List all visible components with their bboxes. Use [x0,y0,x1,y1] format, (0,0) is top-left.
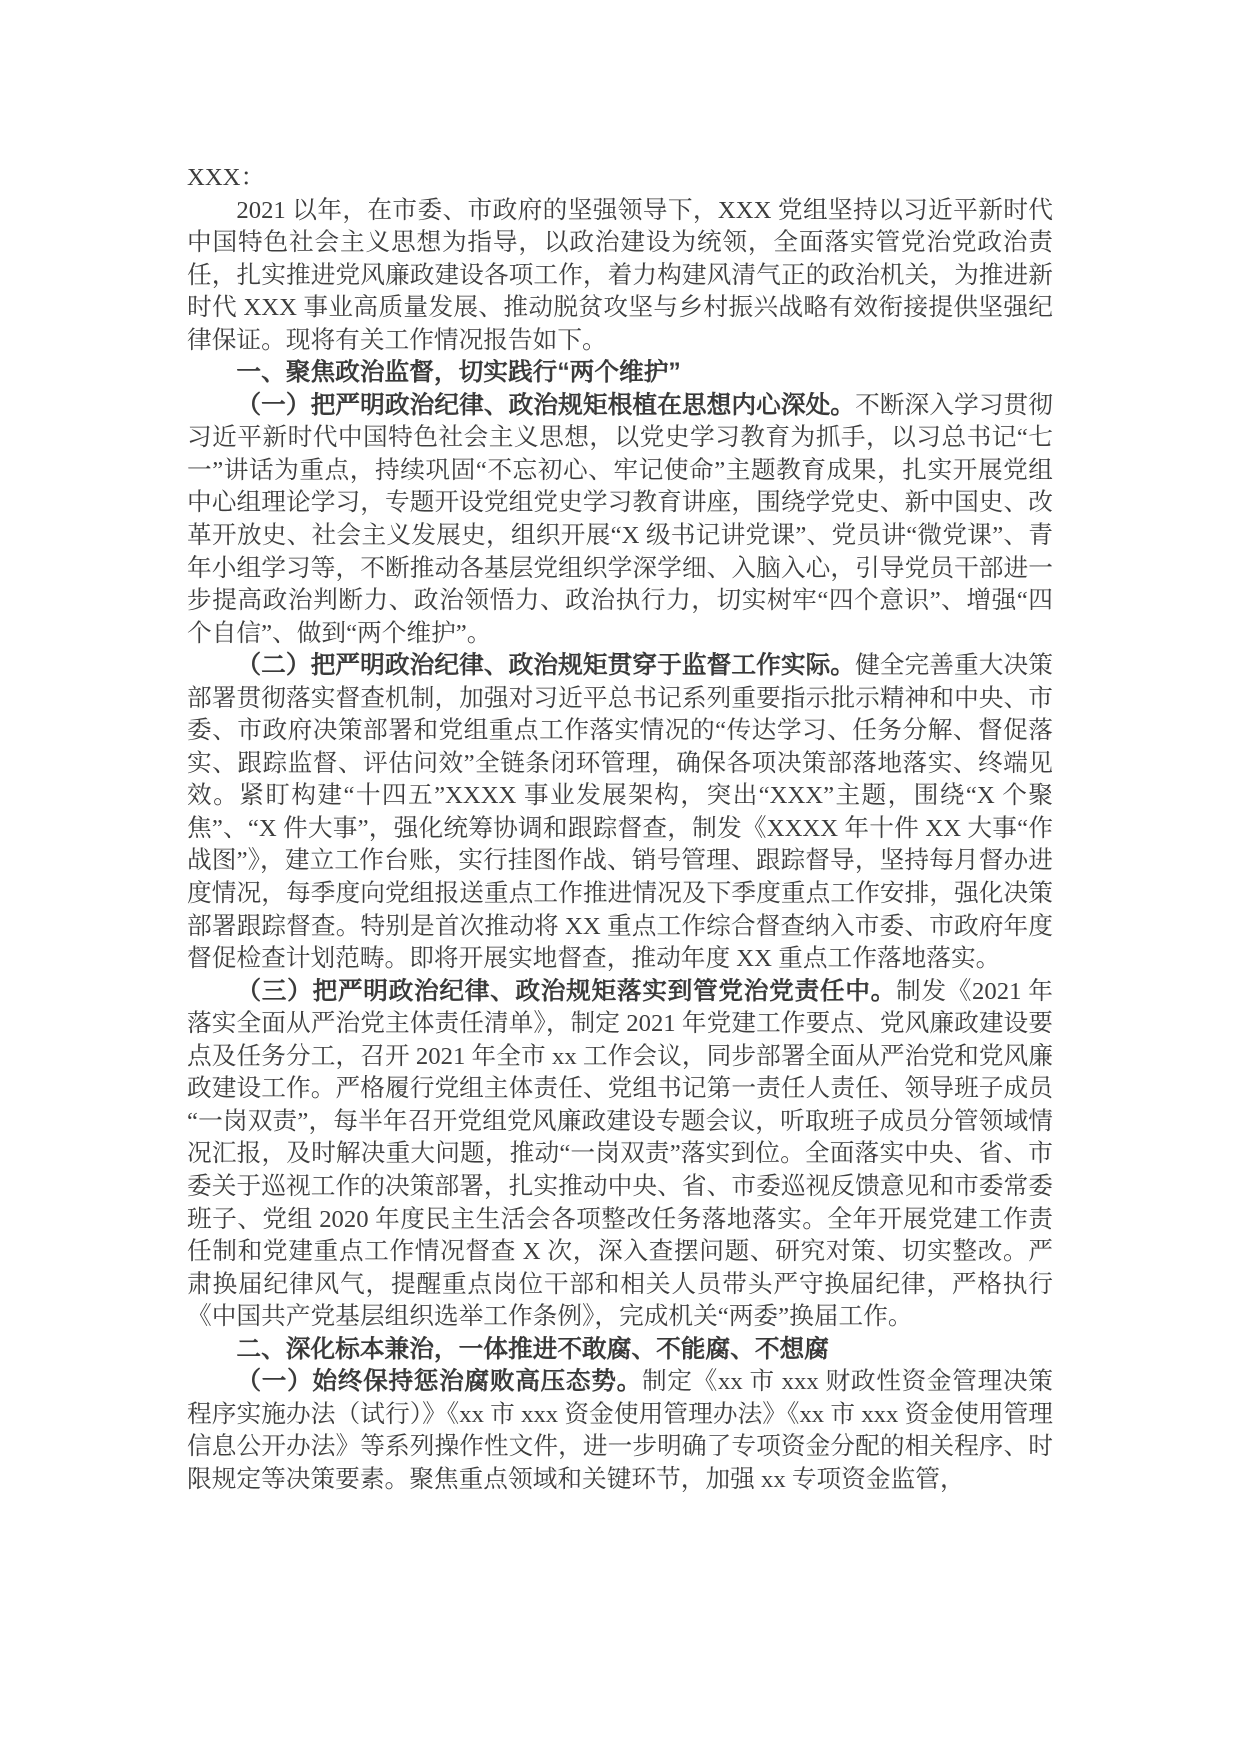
document-page: XXX： 2021 以年，在市委、市政府的坚强领导下，XXX 党组坚持以习近平新… [0,0,1240,1754]
section-2-heading: 二、深化标本兼治，一体推进不敢腐、不能腐、不想腐 [187,1334,1053,1367]
salutation-line: XXX： [187,162,1053,195]
intro-paragraph: 2021 以年，在市委、市政府的坚强领导下，XXX 党组坚持以习近平新时代中国特… [187,195,1053,358]
section-1-item-3: （三）把严明政治纪律、政治规矩落实到管党治党责任中。制发《2021 年落实全面从… [187,976,1053,1334]
section-1-heading: 一、聚焦政治监督，切实践行“两个维护” [187,357,1053,390]
section-1-item-1-body: 不断深入学习贯彻习近平新时代中国特色社会主义思想，以党史学习教育为抓手，以习总书… [187,392,1053,647]
section-2-item-1-lead: （一）始终保持惩治腐败高压态势。 [236,1368,642,1395]
section-1-item-1: （一）把严明政治纪律、政治规矩根植在思想内心深处。不断深入学习贯彻习近平新时代中… [187,390,1053,650]
section-1-item-3-lead: （三）把严明政治纪律、政治规矩落实到管党治党责任中。 [236,978,896,1005]
section-2-item-1: （一）始终保持惩治腐败高压态势。制定《xx 市 xxx 财政性资金管理决策程序实… [187,1366,1053,1496]
section-1-item-3-body: 制发《2021 年落实全面从严治党主体责任清单》，制定 2021 年党建工作要点… [187,978,1053,1330]
section-1-item-2-lead: （二）把严明政治纪律、政治规矩贯穿于监督工作实际。 [236,652,855,679]
section-1-item-2-body: 健全完善重大决策部署贯彻落实督查机制，加强对习近平总书记系列重要指示批示精神和中… [187,652,1053,972]
document-body: XXX： 2021 以年，在市委、市政府的坚强领导下，XXX 党组坚持以习近平新… [187,162,1053,1496]
section-1-item-2: （二）把严明政治纪律、政治规矩贯穿于监督工作实际。健全完善重大决策部署贯彻落实督… [187,650,1053,975]
section-1-item-1-lead: （一）把严明政治纪律、政治规矩根植在思想内心深处。 [236,392,855,419]
